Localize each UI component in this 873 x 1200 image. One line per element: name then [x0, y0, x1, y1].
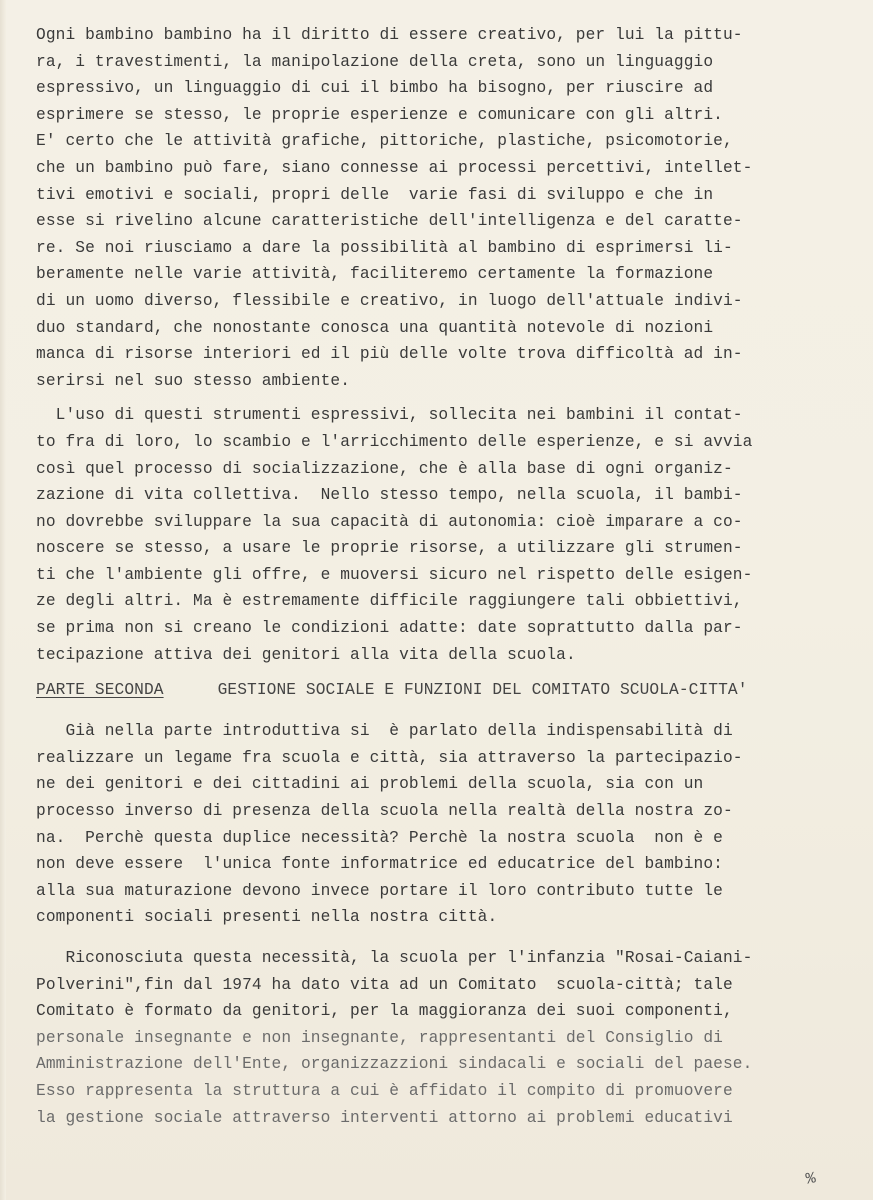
- text-line: ra, i travestimenti, la manipolazione de…: [36, 49, 856, 76]
- text-line: no dovrebbe sviluppare la sua capacità d…: [36, 509, 856, 536]
- text-line: tivi emotivi e sociali, propri delle var…: [36, 182, 856, 209]
- text-line: beramente nelle varie attività, facilite…: [36, 261, 856, 288]
- text-line: duo standard, che nonostante conosca una…: [36, 315, 856, 342]
- text-line: serirsi nel suo stesso ambiente.: [36, 368, 856, 395]
- text-line: zazione di vita collettiva. Nello stesso…: [36, 482, 856, 509]
- document-body: Ogni bambino bambino ha il diritto di es…: [36, 22, 856, 1131]
- text-line: noscere se stesso, a usare le proprie ri…: [36, 535, 856, 562]
- paragraph-school-city-link: Già nella parte introduttiva si è parlat…: [36, 718, 856, 931]
- text-line: Esso rappresenta la struttura a cui è af…: [36, 1078, 856, 1105]
- section-label: PARTE SECONDA: [36, 681, 164, 699]
- text-line: Comitato è formato da genitori, per la m…: [36, 998, 856, 1025]
- text-line: Ogni bambino bambino ha il diritto di es…: [36, 22, 856, 49]
- text-line: se prima non si creano le condizioni ada…: [36, 615, 856, 642]
- text-line: na. Perchè questa duplice necessità? Per…: [36, 825, 856, 852]
- text-line: Già nella parte introduttiva si è parlat…: [36, 718, 856, 745]
- text-line: L'uso di questi strumenti espressivi, so…: [36, 402, 856, 429]
- text-line: espressivo, un linguaggio di cui il bimb…: [36, 75, 856, 102]
- text-line: la gestione sociale attraverso intervent…: [36, 1105, 856, 1132]
- text-line: che un bambino può fare, siano connesse …: [36, 155, 856, 182]
- text-line: Riconosciuta questa necessità, la scuola…: [36, 945, 856, 972]
- text-line: tecipazione attiva dei genitori alla vit…: [36, 642, 856, 669]
- typewritten-page: Ogni bambino bambino ha il diritto di es…: [0, 0, 873, 1200]
- text-line: ti che l'ambiente gli offre, e muoversi …: [36, 562, 856, 589]
- page-edge-shadow: [0, 0, 6, 1200]
- text-line: alla sua maturazione devono invece porta…: [36, 878, 856, 905]
- text-line: Amministrazione dell'Ente, organizzazzio…: [36, 1051, 856, 1078]
- text-line: personale insegnante e non insegnante, r…: [36, 1025, 856, 1052]
- text-line: non deve essere l'unica fonte informatri…: [36, 851, 856, 878]
- text-line: processo inverso di presenza della scuol…: [36, 798, 856, 825]
- text-line: esse si rivelino alcune caratteristiche …: [36, 208, 856, 235]
- text-line: E' certo che le attività grafiche, pitto…: [36, 128, 856, 155]
- text-line: componenti sociali presenti nella nostra…: [36, 904, 856, 931]
- text-line: realizzare un legame fra scuola e città,…: [36, 745, 856, 772]
- paragraph-committee: Riconosciuta questa necessità, la scuola…: [36, 945, 856, 1131]
- section-title: GESTIONE SOCIALE E FUNZIONI DEL COMITATO…: [218, 681, 748, 699]
- page-continuation-mark: %: [805, 1169, 818, 1188]
- text-line: re. Se noi riusciamo a dare la possibili…: [36, 235, 856, 262]
- section-heading: PARTE SECONDAGESTIONE SOCIALE E FUNZIONI…: [36, 670, 856, 710]
- paragraph-expressive-tools: L'uso di questi strumenti espressivi, so…: [36, 402, 856, 668]
- text-line: Polverini",fin dal 1974 ha dato vita ad …: [36, 972, 856, 999]
- text-line: di un uomo diverso, flessibile e creativ…: [36, 288, 856, 315]
- text-line: to fra di loro, lo scambio e l'arricchim…: [36, 429, 856, 456]
- text-line: manca di risorse interiori ed il più del…: [36, 341, 856, 368]
- text-line: così quel processo di socializzazione, c…: [36, 456, 856, 483]
- text-line: ne dei genitori e dei cittadini ai probl…: [36, 771, 856, 798]
- paragraph-creativity: Ogni bambino bambino ha il diritto di es…: [36, 22, 856, 394]
- text-line: esprimere se stesso, le proprie esperien…: [36, 102, 856, 129]
- text-line: ze degli altri. Ma è estremamente diffic…: [36, 588, 856, 615]
